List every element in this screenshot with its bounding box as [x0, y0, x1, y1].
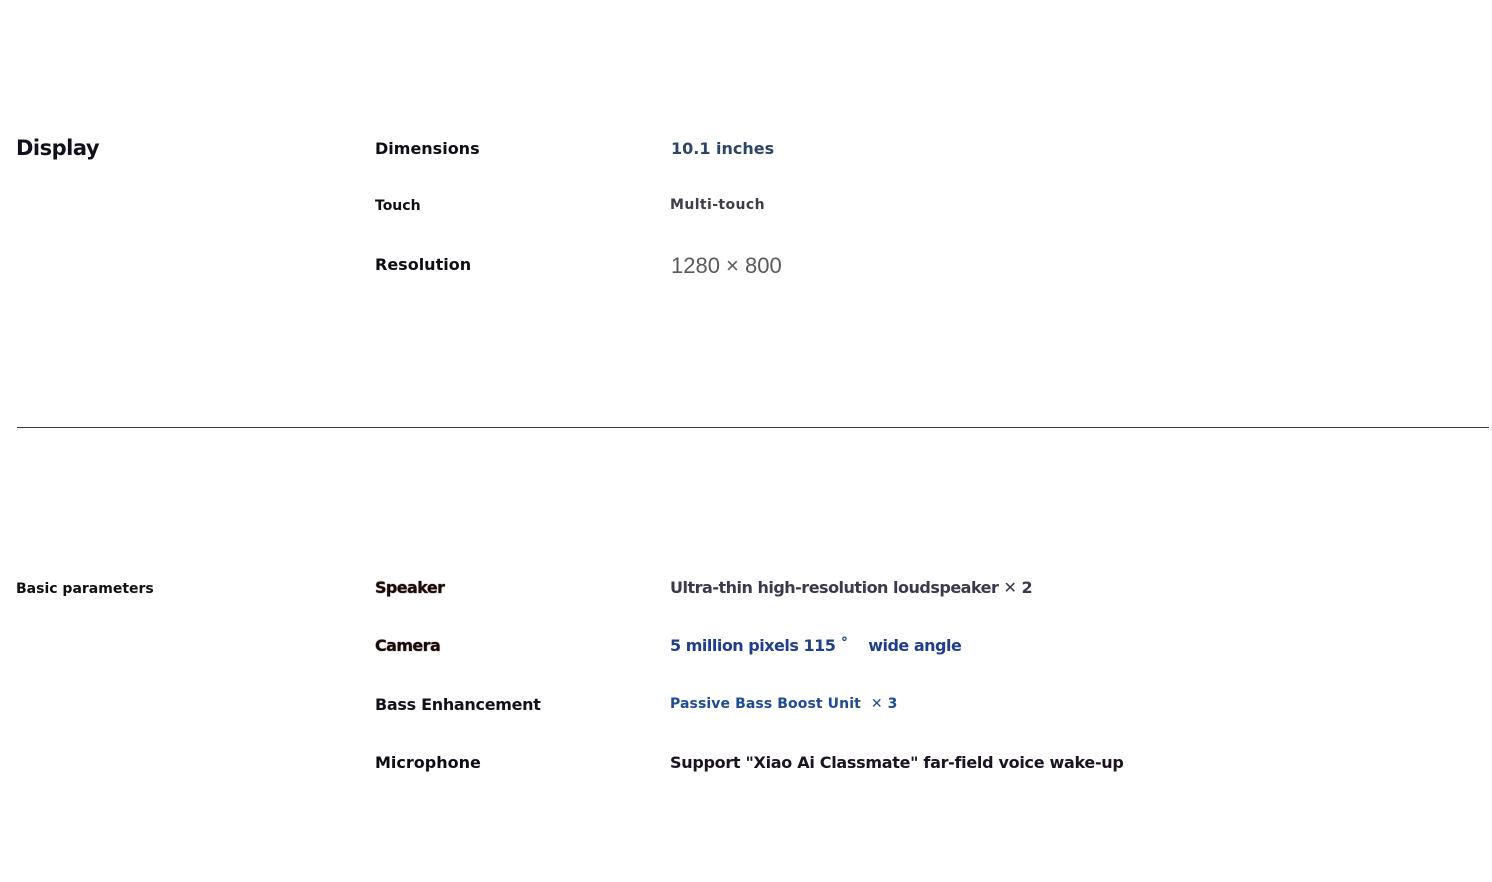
- spec-label-microphone: Microphone: [375, 753, 481, 772]
- spec-value-dimensions: 10.1 inches: [671, 139, 774, 158]
- spec-label-camera: Camera: [375, 636, 440, 655]
- section-title-basic-parameters: Basic parameters: [16, 581, 154, 597]
- spec-value-touch: Multi-touch: [670, 197, 765, 213]
- section-divider: [17, 427, 1489, 428]
- spec-label-dimensions: Dimensions: [375, 139, 480, 158]
- spec-value-resolution: 1280 × 800: [671, 253, 782, 279]
- spec-label-resolution: Resolution: [375, 255, 471, 274]
- spec-value-camera: 5 million pixels 115 ˚ wide angle: [670, 636, 961, 655]
- spec-label-bass-enhancement: Bass Enhancement: [375, 695, 541, 714]
- spec-value-microphone: Support "Xiao Ai Classmate" far-field vo…: [670, 753, 1124, 772]
- section-title-display: Display: [16, 136, 99, 160]
- spec-label-speaker: Speaker: [375, 578, 444, 597]
- spec-value-speaker: Ultra-thin high-resolution loudspeaker ✕…: [670, 578, 1032, 597]
- spec-value-bass-enhancement: Passive Bass Boost Unit ✕ 3: [670, 696, 897, 712]
- spec-label-touch: Touch: [375, 198, 421, 214]
